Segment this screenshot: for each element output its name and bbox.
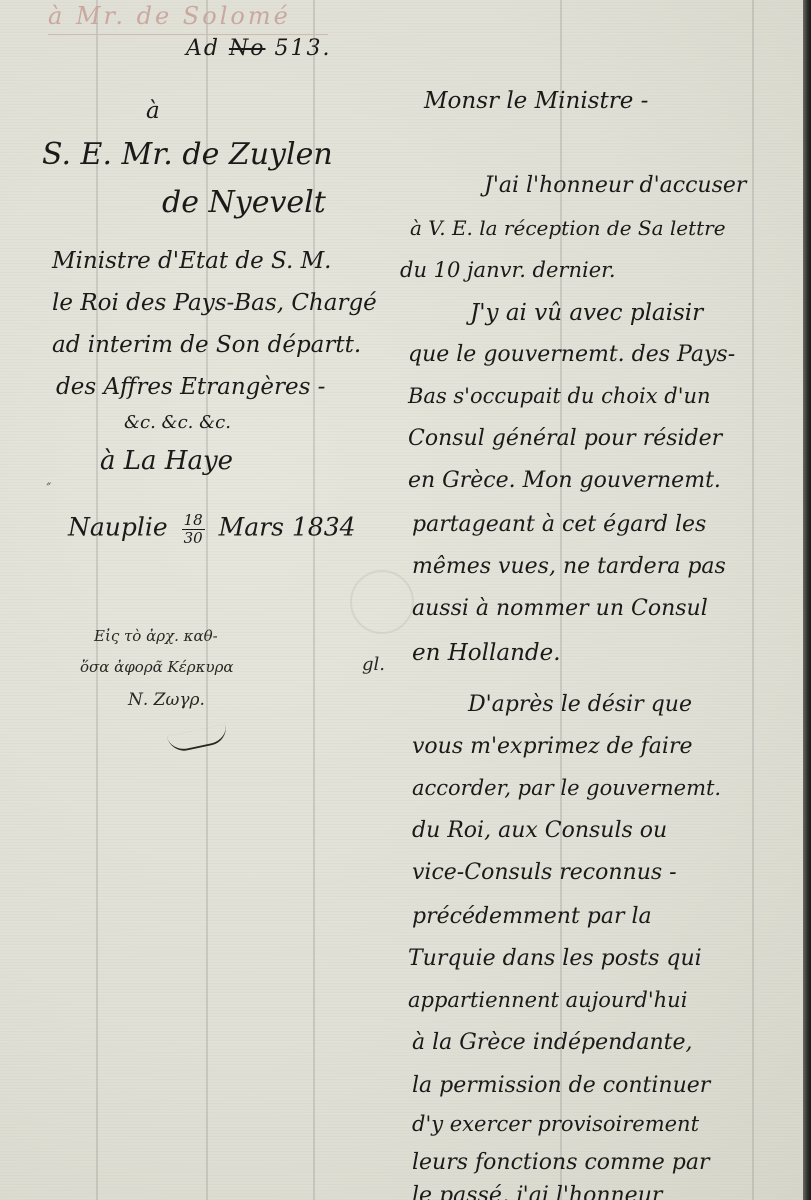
body-line: Consul général pour résider — [408, 428, 722, 450]
body-line: partageant à cet égard les — [412, 514, 706, 536]
body-line: du Roi, aux Consuls ou — [412, 820, 667, 842]
signature-flourish — [167, 724, 229, 754]
page-edge-shadow — [803, 0, 811, 1200]
address-line: ad interim de Son départt. — [52, 334, 361, 357]
body-line: en Grèce. Mon gouvernemt. — [408, 470, 721, 492]
reference-no-label: No — [229, 36, 266, 61]
body-line: précédemment par la — [412, 906, 652, 928]
body-line: en Hollande. — [412, 642, 561, 665]
body-line: J'ai l'honneur d'accuser — [484, 175, 746, 197]
body-line: la permission de continuer — [412, 1075, 710, 1097]
paper-chain-line — [752, 0, 754, 1200]
address-line-recipient: S. E. Mr. de Zuylen — [42, 140, 333, 170]
address-line-etc: &c. &c. &c. — [124, 414, 231, 432]
dateline: Nauplie 18 30 Mars 1834 — [68, 512, 356, 546]
dateline-day-new-style: 30 — [182, 530, 205, 547]
dateline-month-year: Mars 1834 — [219, 513, 356, 542]
letter-page: à Mr. de Solomé Ad No 513. à S. E. Mr. d… — [0, 0, 811, 1200]
address-line: à — [146, 100, 160, 123]
body-line: à V. E. la réception de Sa lettre — [410, 218, 726, 238]
greek-note-signature: Ν. Ζωγρ. — [128, 690, 205, 710]
reference-prefix: Ad — [186, 36, 220, 61]
paper-chain-line — [313, 0, 315, 1200]
greek-note-line: ὅσα ἀφορᾶ Κέρκυρα — [80, 658, 234, 676]
body-line: le passé, j'ai l'honneur — [412, 1185, 662, 1200]
salutation: Monsr le Ministre - — [424, 90, 648, 113]
paper-watermark — [350, 570, 414, 634]
body-line: vous m'exprimez de faire — [412, 736, 693, 758]
body-line: Turquie dans les posts qui — [408, 948, 702, 970]
body-line: aussi à nommer un Consul — [412, 598, 708, 620]
margin-mark: gl. — [362, 654, 385, 675]
body-line: Bas s'occupait du choix d'un — [408, 386, 711, 407]
red-ink-annotation: à Mr. de Solomé — [48, 2, 328, 35]
address-line: des Affres Etrangères - — [56, 376, 325, 399]
body-line: du 10 janvr. dernier. — [400, 260, 616, 281]
body-line: appartiennent aujourd'hui — [408, 990, 687, 1011]
reference-number-value: 513. — [274, 36, 331, 61]
body-line: à la Grèce indépendante, — [412, 1032, 693, 1054]
paper-chain-line — [206, 0, 208, 1200]
body-line: leurs fonctions comme par — [412, 1152, 710, 1174]
dateline-day-old-style: 18 — [182, 512, 205, 530]
body-line: J'y ai vû avec plaisir — [470, 302, 703, 325]
address-line: Ministre d'Etat de S. M. — [52, 250, 331, 273]
body-line: mêmes vues, ne tardera pas — [412, 556, 726, 578]
body-line: que le gouvernemt. des Pays- — [408, 344, 735, 366]
greek-note-line: Εἰς τὸ ἀρχ. καθ- — [94, 627, 218, 645]
address-line-city: à La Haye — [100, 448, 233, 474]
address-line: le Roi des Pays-Bas, Chargé — [52, 292, 377, 315]
reference-number: Ad No 513. — [186, 36, 331, 61]
margin-tick: ״ — [46, 478, 51, 493]
body-line: accorder, par le gouvernemt. — [412, 778, 721, 799]
dateline-place: Nauplie — [68, 513, 168, 542]
body-line: vice-Consuls reconnus - — [412, 862, 677, 884]
address-line: de Nyevelt — [162, 188, 326, 218]
body-line: d'y exercer provisoirement — [412, 1114, 699, 1135]
paper-chain-line — [96, 0, 98, 1200]
dateline-day: 18 30 — [182, 512, 205, 546]
body-line: D'après le désir que — [468, 694, 692, 716]
